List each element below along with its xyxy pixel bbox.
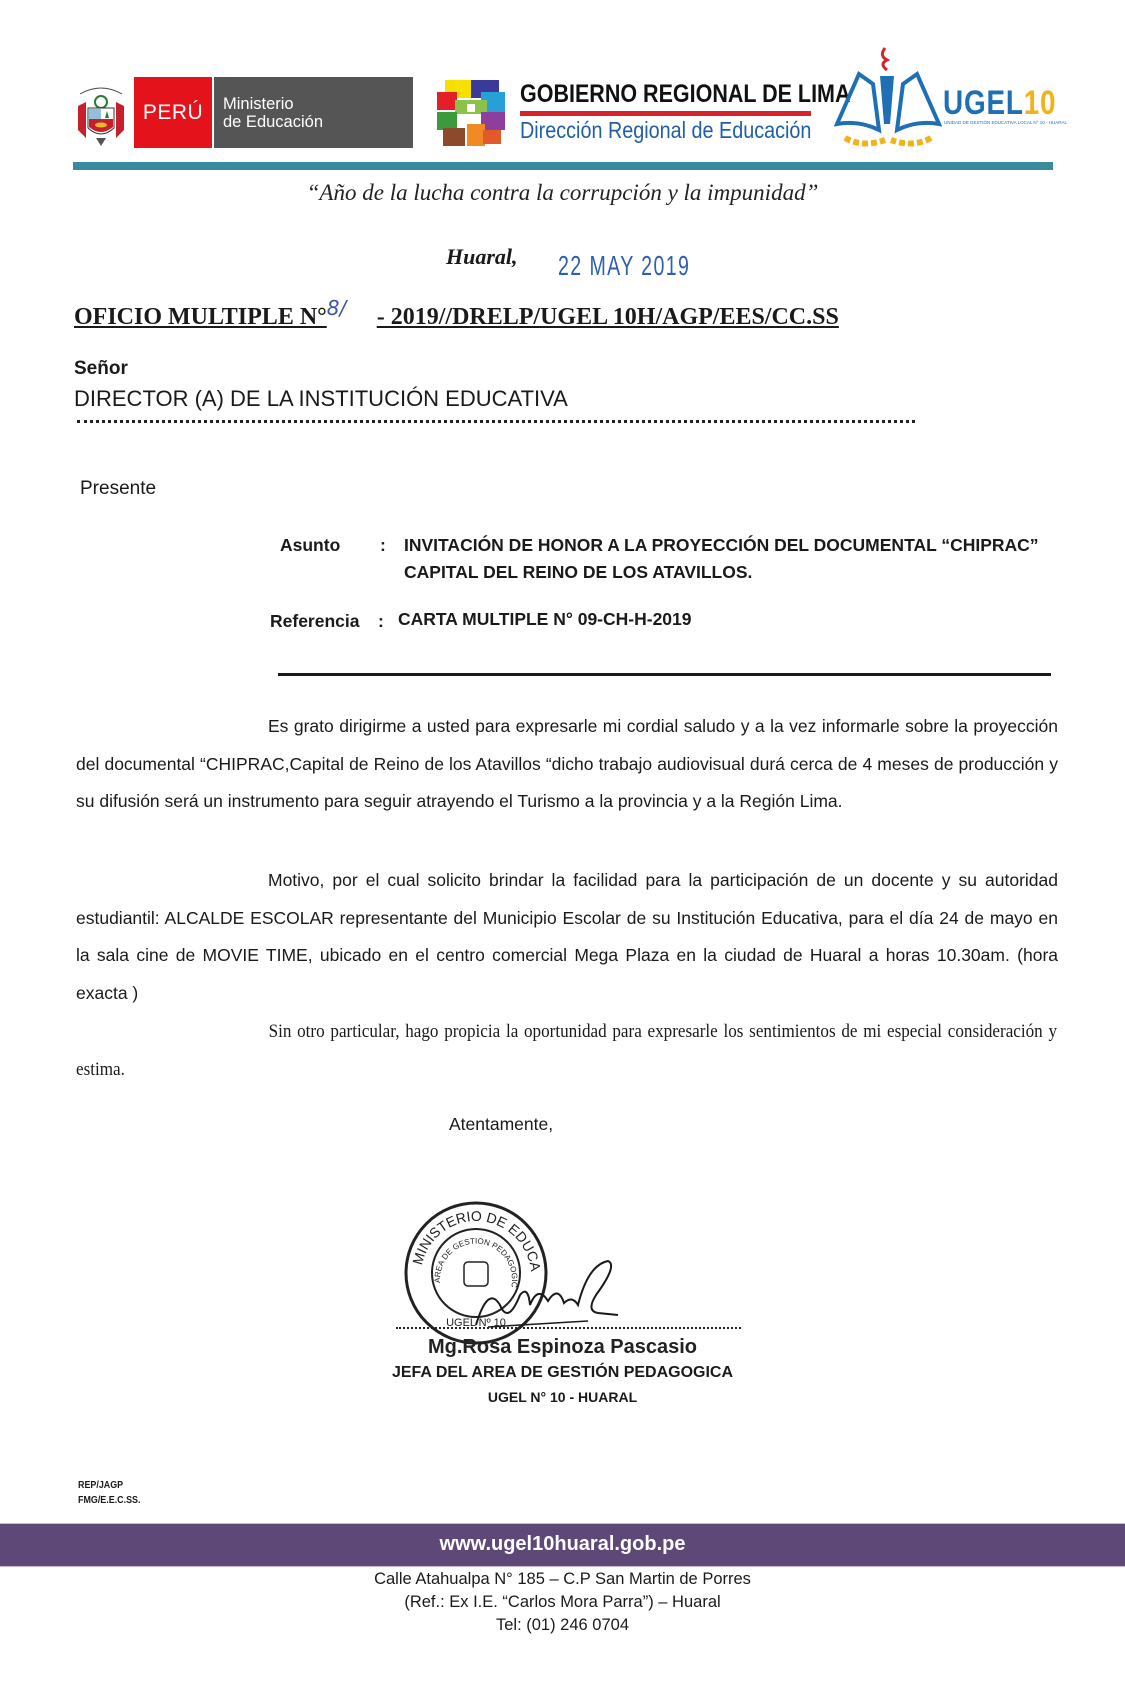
handwritten-signature-icon bbox=[468, 1255, 628, 1335]
ugel-book-torch-logo-icon bbox=[833, 44, 943, 154]
ministry-line1: Ministerio bbox=[223, 95, 413, 113]
regional-government-divider bbox=[520, 111, 811, 116]
typist-initials: REP/JAGP FMG/E.E.C.SS. bbox=[78, 1478, 140, 1508]
subject-text: INVITACIÓN DE HONOR A LA PROYECCIÓN DEL … bbox=[404, 532, 1074, 586]
footer-website-link[interactable]: www.ugel10huaral.gob.pe bbox=[0, 1533, 1125, 1556]
recipient-title: DIRECTOR (A) DE LA INSTITUCIÓN EDUCATIVA bbox=[74, 386, 568, 412]
address-line2: (Ref.: Ex I.E. “Carlos Mora Parra”) – Hu… bbox=[0, 1591, 1125, 1614]
ugel-caption: UNIDAD DE GESTIÓN EDUCATIVA LOCAL N° 10 … bbox=[944, 120, 1067, 125]
date-stamp: 22 MAY 2019 bbox=[558, 250, 690, 282]
address-line1: Calle Atahualpa N° 185 – C.P San Martin … bbox=[0, 1568, 1125, 1591]
ministry-brand-box: Ministerio de Educación bbox=[214, 77, 413, 148]
ministry-line2: de Educación bbox=[223, 113, 413, 131]
subject-divider bbox=[278, 673, 1051, 676]
reference-colon: : bbox=[378, 611, 384, 632]
regional-government-logo-icon bbox=[437, 78, 507, 148]
body-paragraph-2-text: Motivo, por el cual solicito brindar la … bbox=[76, 870, 1058, 1003]
signatory-organization: UGEL N° 10 - HUARAL bbox=[0, 1389, 1125, 1405]
oficio-handwritten-number: 8/ bbox=[327, 296, 377, 320]
regional-education-directorate: Dirección Regional de Educación bbox=[520, 117, 811, 144]
phone: Tel: (01) 246 0704 bbox=[0, 1614, 1125, 1637]
subject-label: Asunto bbox=[280, 535, 340, 556]
reference-text: CARTA MULTIPLE N° 09-CH-H-2019 bbox=[398, 609, 692, 630]
body-paragraph-1: Es grato dirigirme a usted para expresar… bbox=[76, 708, 1058, 821]
body-paragraph-3: Sin otro particular, hago propicia la op… bbox=[76, 1013, 1057, 1088]
body-paragraph-1-text: Es grato dirigirme a usted para expresar… bbox=[76, 716, 1058, 811]
oficio-suffix: - 2019//DRELP/UGEL 10H/AGP/EES/CC.SS bbox=[377, 304, 839, 330]
peru-brand-box: PERÚ bbox=[134, 77, 212, 148]
reference-label: Referencia bbox=[270, 611, 360, 632]
closing: Atentamente, bbox=[449, 1114, 553, 1135]
body-paragraph-3-text: Sin otro particular, hago propicia la op… bbox=[76, 1021, 1057, 1080]
ugel-wordmark: UGEL10 bbox=[943, 84, 1056, 123]
document-reference-number: OFICIO MULTIPLE N°8/- 2019//DRELP/UGEL 1… bbox=[74, 296, 839, 331]
body-paragraph-2: Motivo, por el cual solicito brindar la … bbox=[76, 862, 1058, 1012]
place-label: Huaral, bbox=[446, 244, 518, 270]
footer-address: Calle Atahualpa N° 185 – C.P San Martin … bbox=[0, 1568, 1125, 1637]
header-divider-bar bbox=[73, 162, 1053, 170]
salutation: Señor bbox=[74, 358, 128, 380]
signatory-name: Mg.Rosa Espinoza Pascasio bbox=[0, 1336, 1125, 1359]
ugel-wordmark-prefix: UGEL bbox=[943, 84, 1024, 122]
signatory-position: JEFA DEL AREA DE GESTIÓN PEDAGOGICA bbox=[0, 1364, 1125, 1382]
oficio-prefix: OFICIO MULTIPLE N° bbox=[74, 304, 327, 330]
presente-label: Presente bbox=[80, 478, 156, 500]
initials-line2: FMG/E.E.C.SS. bbox=[78, 1493, 140, 1508]
initials-line1: REP/JAGP bbox=[78, 1478, 140, 1493]
peru-coat-of-arms-icon bbox=[74, 80, 128, 150]
peru-label: PERÚ bbox=[143, 101, 203, 125]
year-motto: “Año de la lucha contra la corrupción y … bbox=[0, 180, 1125, 206]
regional-government-title: GOBIERNO REGIONAL DE LIMA bbox=[520, 80, 850, 109]
recipient-dotted-line bbox=[77, 420, 915, 423]
ugel-wordmark-number: 10 bbox=[1024, 84, 1057, 122]
signature-dotted-line bbox=[396, 1327, 741, 1329]
subject-colon: : bbox=[380, 535, 386, 556]
